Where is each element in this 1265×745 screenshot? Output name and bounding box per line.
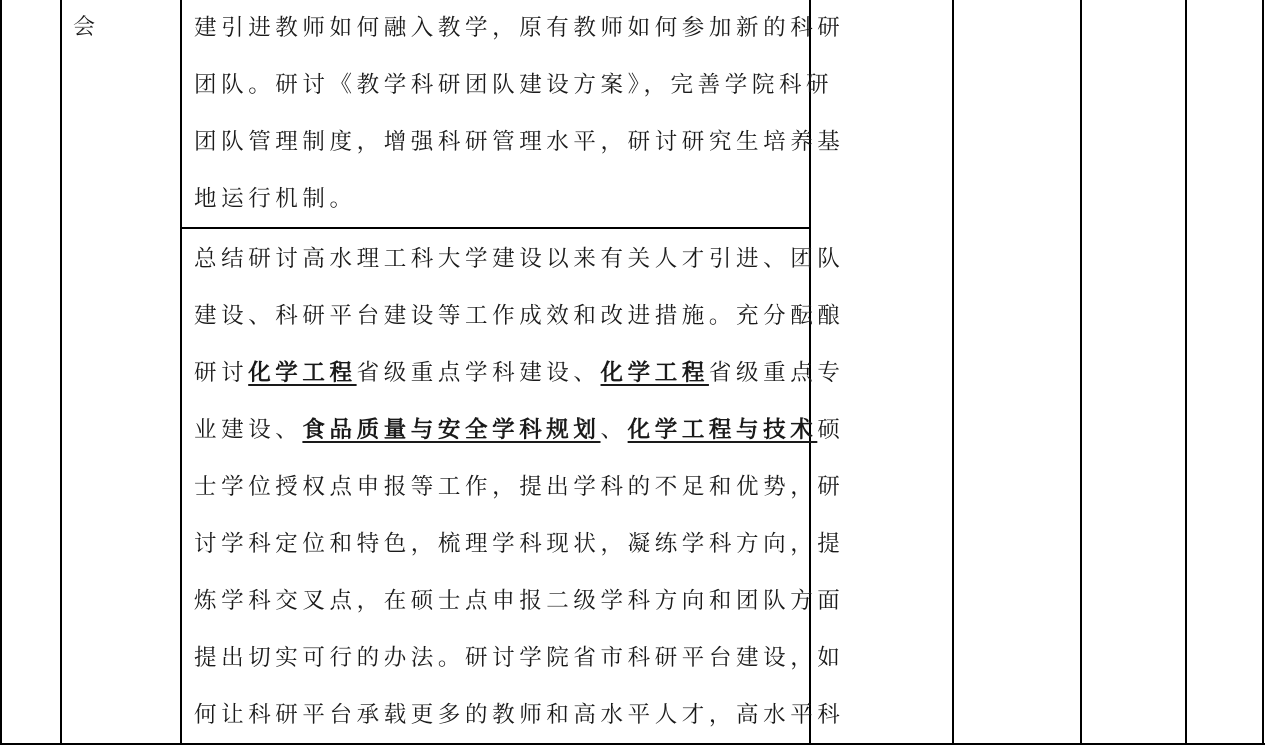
text-line: 提出切实可行的办法。研讨学院省市科研平台建设，如 [194,630,844,687]
text-line: 建设、科研平台建设等工作成效和改进措施。充分酝酿 [194,288,844,345]
column-divider [60,0,62,745]
table-border-right [1262,0,1264,745]
content-cell-1: 建引进教师如何融入教学，原有教师如何参加新的科研 团队。研讨《教学科研团队建设方… [194,0,844,228]
column-divider [1185,0,1187,745]
text-line: 讨学科定位和特色，梳理学科现状，凝练学科方向，提 [194,516,844,573]
underlined-discipline: 食品质量与安全学科规划 [302,417,600,443]
underlined-discipline: 化学工程 [248,360,356,386]
text-line: 士学位授权点申报等工作，提出学科的不足和优势，研 [194,459,844,516]
text-line: 总结研讨高水理工科大学建设以来有关人才引进、团队 [194,231,844,288]
text-line: 何让科研平台承载更多的教师和高水平人才，高水平科 [194,687,844,744]
text-line: 地运行机制。 [194,171,844,228]
underlined-discipline: 化学工程与技术 [628,417,818,443]
text-line: 建引进教师如何融入教学，原有教师如何参加新的科研 [194,0,844,57]
text-segment: 业建设、 [194,417,302,443]
text-line: 炼学科交叉点，在硕士点申报二级学科方向和团队方面 [194,573,844,630]
column-divider [952,0,954,745]
underlined-discipline: 化学工程 [601,360,709,386]
table-border-left [0,0,2,745]
text-segment: 、 [601,417,628,443]
text-segment: 硕 [817,417,844,443]
text-line: 团队。研讨《教学科研团队建设方案》，完善学院科研 [194,57,844,114]
text-line: 团队管理制度，增强科研管理水平，研讨研究生培养基 [194,114,844,171]
text-line: 研讨化学工程省级重点学科建设、化学工程省级重点专 [194,345,844,402]
meeting-type-label: 会 [73,10,95,41]
text-segment: 省级重点学科建设、 [357,360,601,386]
column-divider [180,0,182,745]
content-cell-2: 总结研讨高水理工科大学建设以来有关人才引进、团队 建设、科研平台建设等工作成效和… [194,231,844,744]
text-line: 业建设、食品质量与安全学科规划、化学工程与技术硕 [194,402,844,459]
text-segment: 研讨 [194,360,248,386]
text-segment: 省级重点专 [709,360,845,386]
column-divider [1080,0,1082,745]
